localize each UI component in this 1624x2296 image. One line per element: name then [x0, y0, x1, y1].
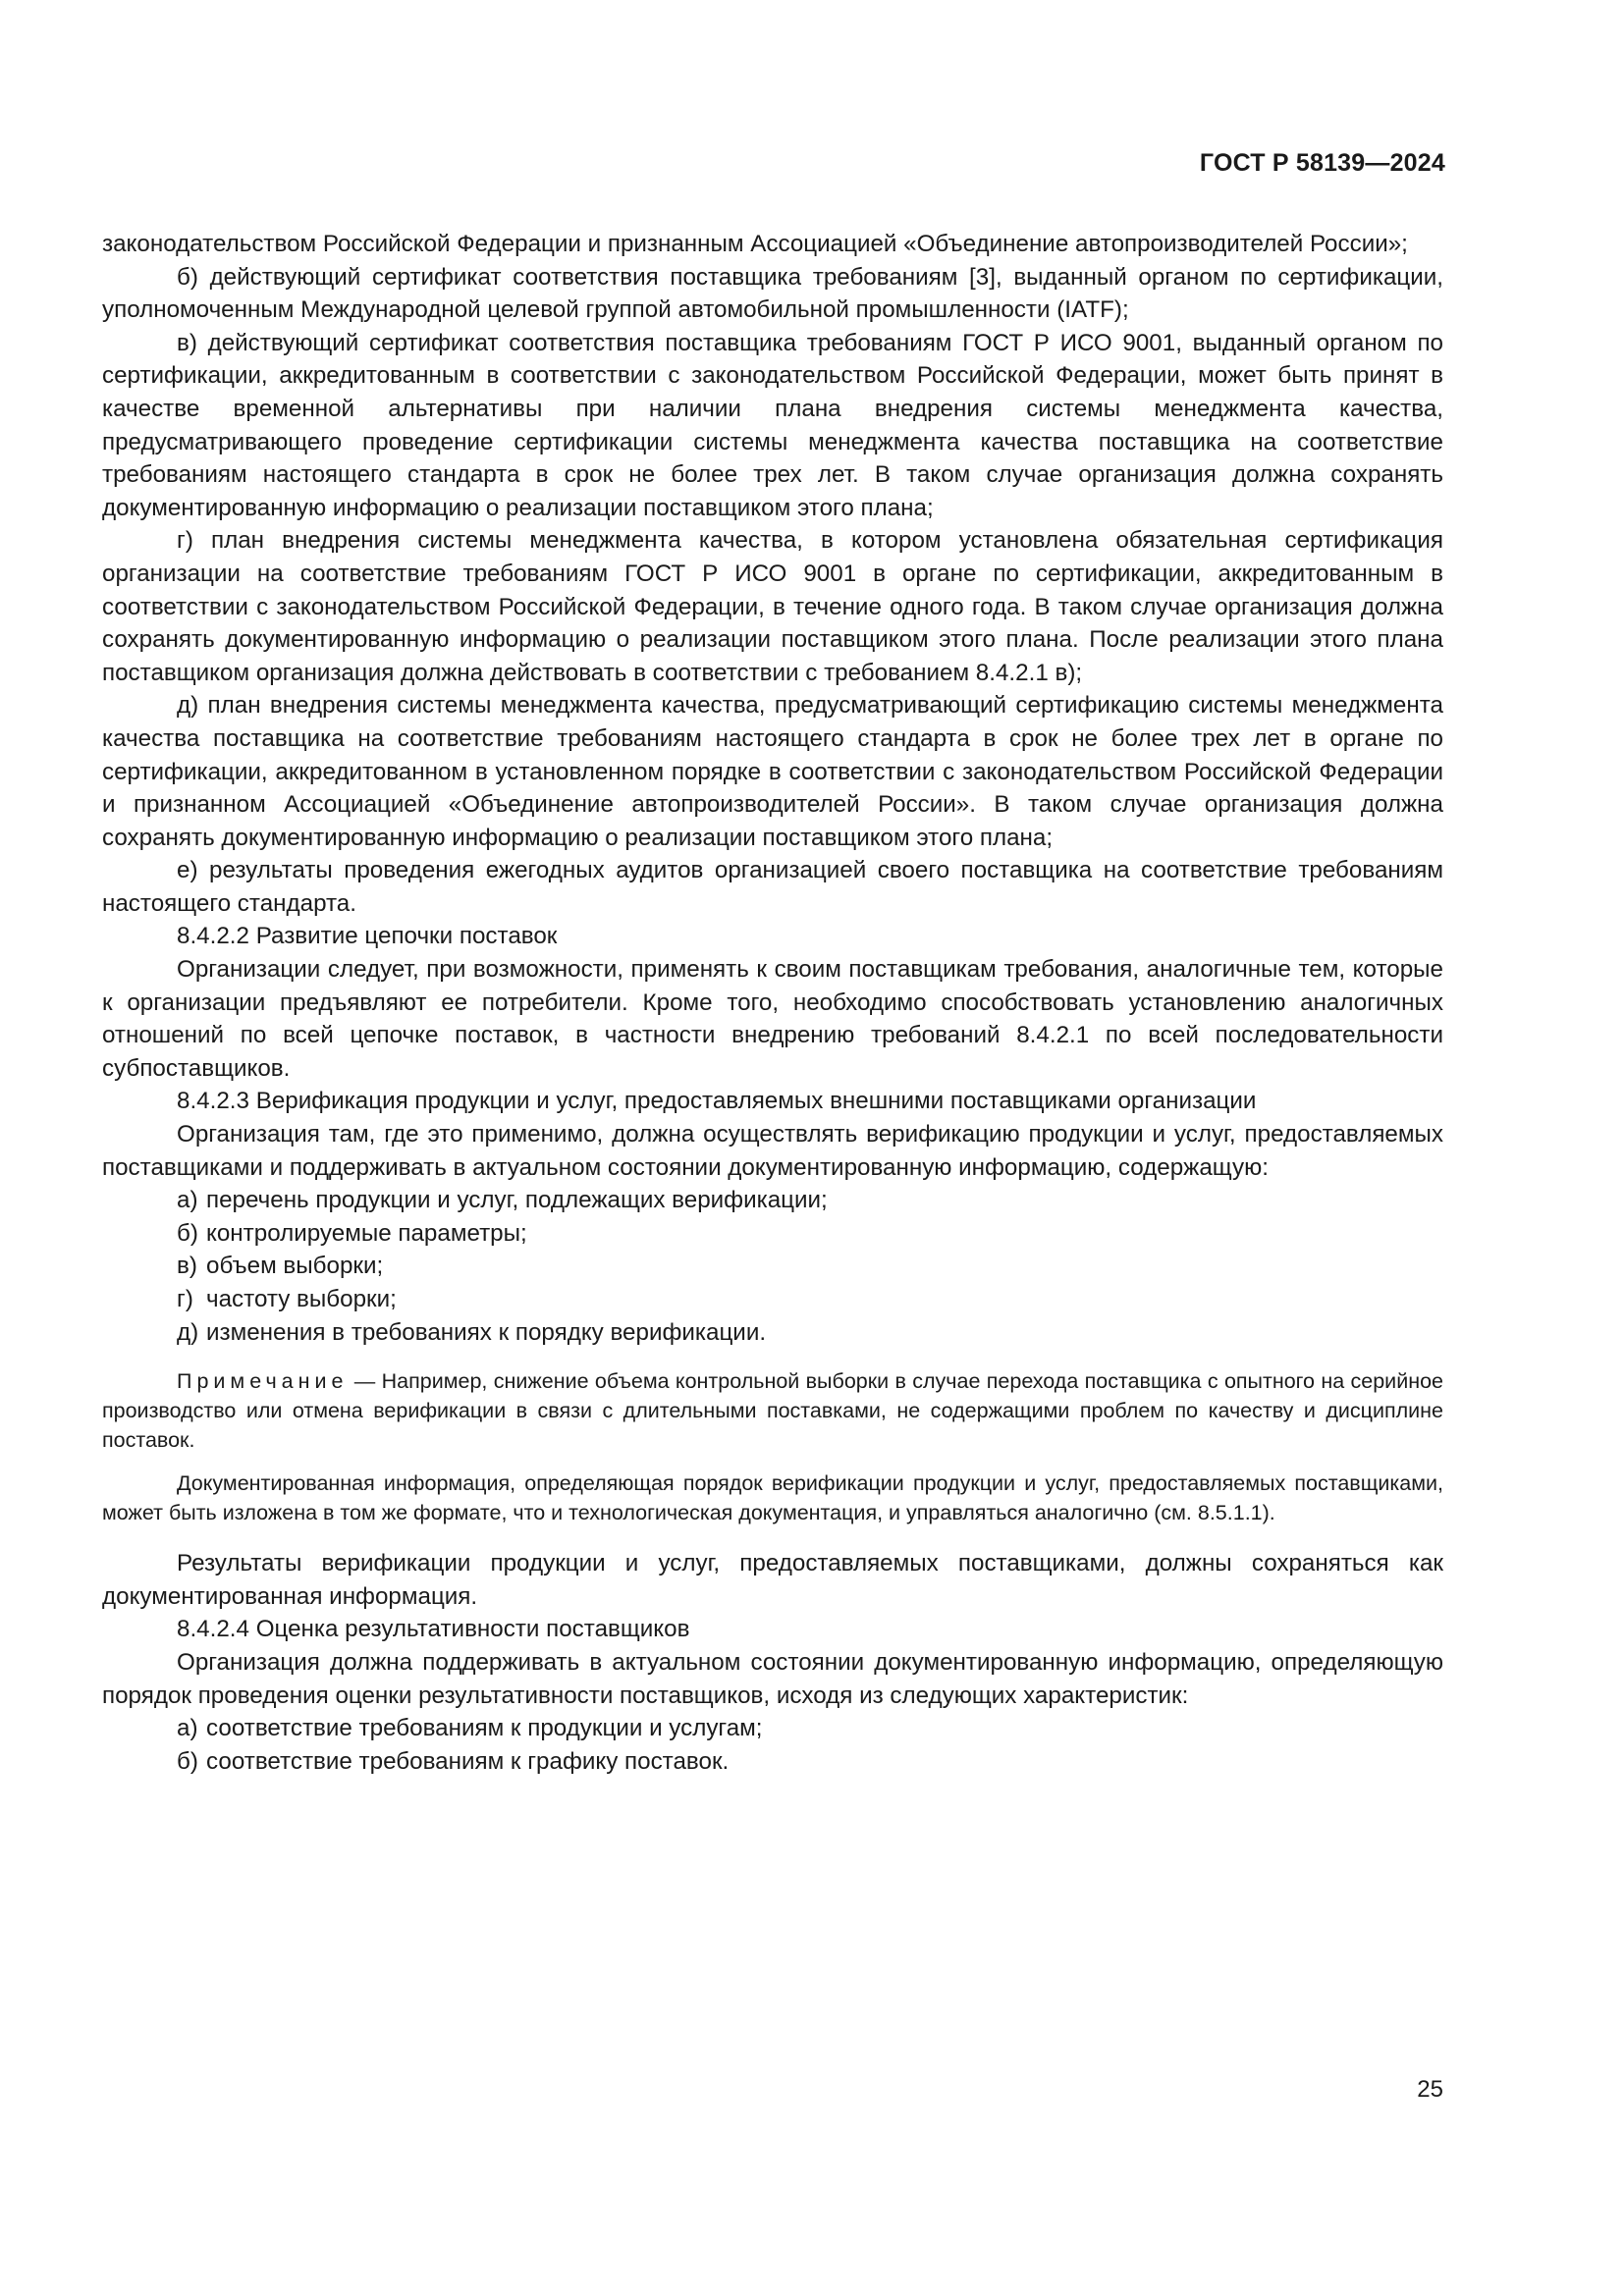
list-item-d: д) план внедрения системы менеджмента ка… — [102, 689, 1443, 854]
list-item: а)перечень продукции и услуг, подлежащих… — [102, 1184, 1443, 1217]
list-item: д)изменения в требованиях к порядку вери… — [102, 1316, 1443, 1350]
section-heading-8422: 8.4.2.2 Развитие цепочки поставок — [102, 920, 1443, 953]
list-item: г)частоту выборки; — [102, 1283, 1443, 1316]
section-heading-8423: 8.4.2.3 Верификация продукции и услуг, п… — [102, 1085, 1443, 1118]
page-number: 25 — [1417, 2076, 1443, 2104]
list-item: б)соответствие требованиям к графику пос… — [102, 1745, 1443, 1779]
results-paragraph: Результаты верификации продукции и услуг… — [102, 1547, 1443, 1613]
note-block: Примечание — Например, снижение объема к… — [102, 1366, 1443, 1455]
performance-list: а)соответствие требованиям к продукции и… — [102, 1712, 1443, 1778]
list-item: в)объем выборки; — [102, 1250, 1443, 1283]
list-item-b: б) действующий сертификат соответствия п… — [102, 261, 1443, 327]
document-code-header: ГОСТ Р 58139—2024 — [1200, 149, 1445, 178]
verification-list: а)перечень продукции и услуг, подлежащих… — [102, 1184, 1443, 1349]
paragraph-continuation: законодательством Российской Федерации и… — [102, 228, 1443, 261]
note-paragraph: Примечание — Например, снижение объема к… — [102, 1366, 1443, 1455]
section-text-8423: Организация там, где это применимо, долж… — [102, 1118, 1443, 1184]
list-item: а)соответствие требованиям к продукции и… — [102, 1712, 1443, 1745]
section-text-8424: Организация должна поддерживать в актуал… — [102, 1646, 1443, 1712]
list-item-e: е) результаты проведения ежегодных аудит… — [102, 854, 1443, 920]
page-content: законодательством Российской Федерации и… — [102, 228, 1443, 1778]
note-label: Примечание — [177, 1369, 348, 1393]
list-item-v: в) действующий сертификат соответствия п… — [102, 327, 1443, 525]
note-doc-block: Документированная информация, определяющ… — [102, 1468, 1443, 1527]
section-heading-8424: 8.4.2.4 Оценка результативности поставщи… — [102, 1613, 1443, 1646]
list-item: б)контролируемые параметры; — [102, 1217, 1443, 1251]
note-doc-paragraph: Документированная информация, определяющ… — [102, 1468, 1443, 1527]
list-item-g: г) план внедрения системы менеджмента ка… — [102, 524, 1443, 689]
section-text-8422: Организации следует, при возможности, пр… — [102, 953, 1443, 1085]
